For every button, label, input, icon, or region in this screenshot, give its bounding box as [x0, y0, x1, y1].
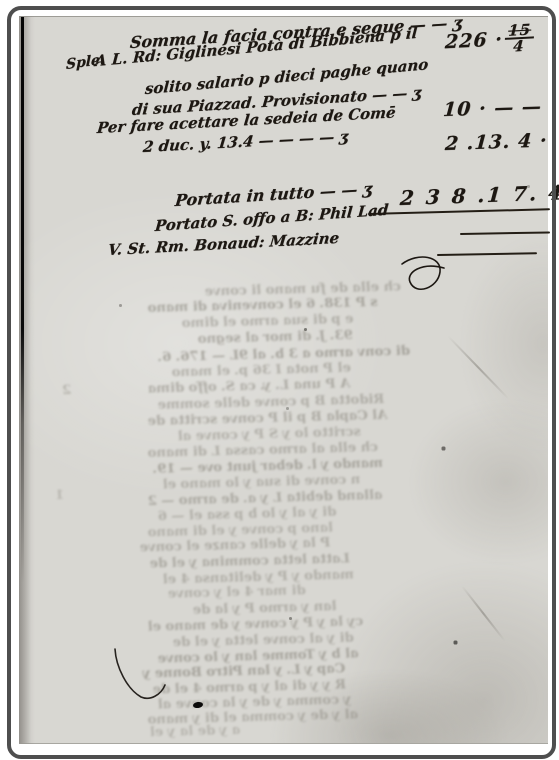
amount-fraction: 154: [504, 22, 534, 54]
ledger-amount: 2 .13. 4 ·: [444, 129, 548, 155]
paper-specks: [0, 0, 1, 1]
bleedthrough-line: 93. J. di mor al segno: [197, 328, 353, 347]
bleedthrough-line: a y de la y el: [149, 723, 241, 740]
bleedthrough-line: di mar 4 el y conve: [167, 583, 306, 602]
signature-flourish: [398, 250, 450, 298]
manuscript-scan: ch ella de fu mano li conves P 138. 6 el…: [0, 0, 559, 760]
amount-integer: 226 ·: [444, 28, 503, 53]
ledger-header-amount: 226 ·154: [444, 22, 534, 57]
fraction-denominator: 4: [504, 39, 534, 55]
pen-check-mark: [105, 645, 177, 707]
bleedthrough-line: 2: [61, 383, 72, 398]
bleedthrough-line: 1: [54, 488, 65, 503]
ledger-amount: 10 · — —: [442, 96, 542, 122]
